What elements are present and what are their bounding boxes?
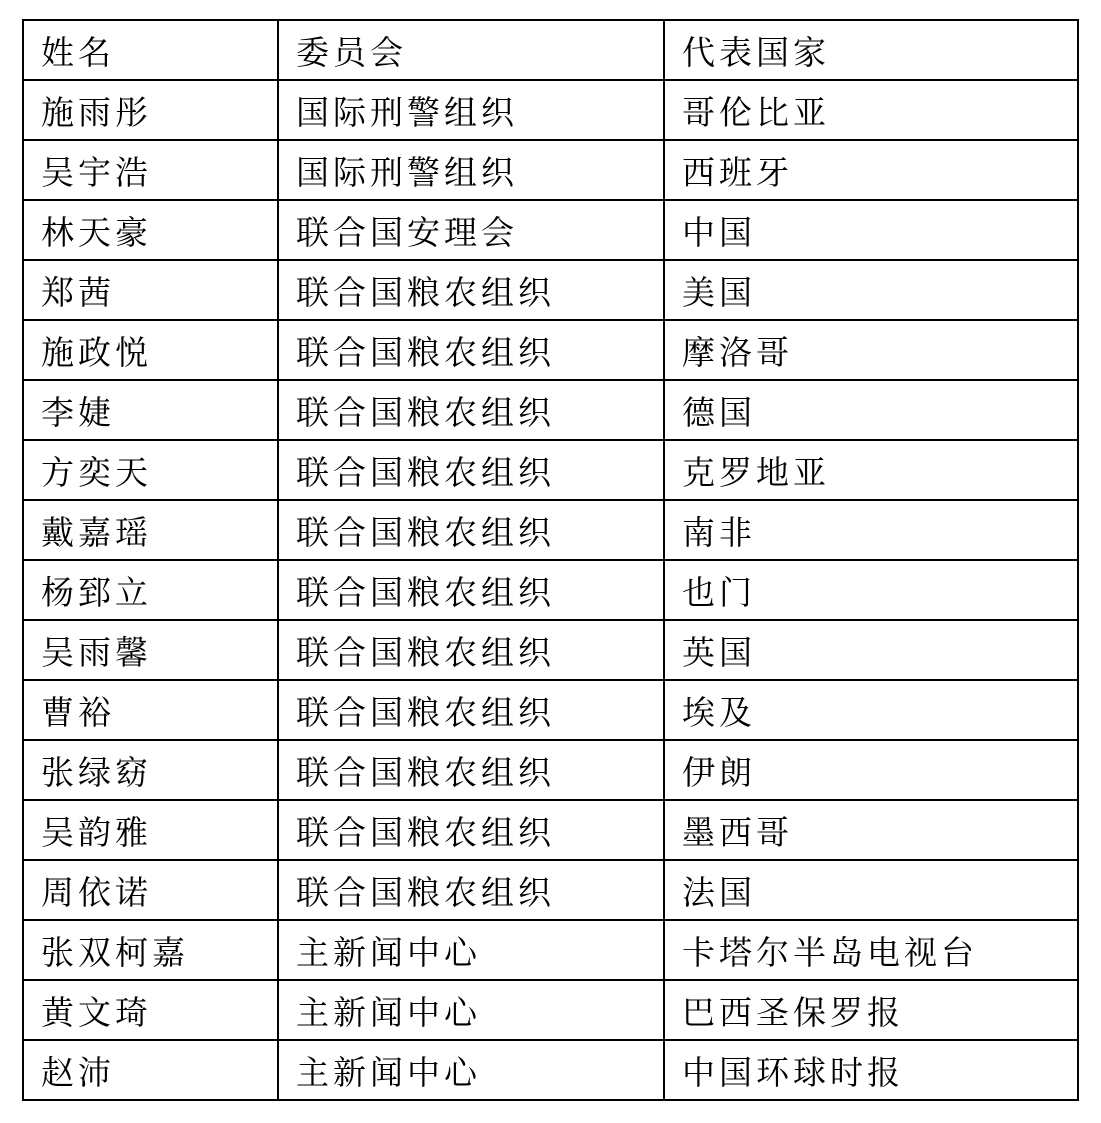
table-cell-country: 中国环球时报 [664,1040,1078,1100]
table-cell-country: 卡塔尔半岛电视台 [664,920,1078,980]
table-cell-name: 吴雨馨 [23,620,278,680]
table-row: 戴嘉瑶联合国粮农组织南非 [23,500,1078,560]
table-cell-country: 克罗地亚 [664,440,1078,500]
table-cell-committee: 主新闻中心 [278,980,664,1040]
table-cell-name: 李婕 [23,380,278,440]
table-cell-committee: 联合国粮农组织 [278,800,664,860]
table-cell-name: 方奕天 [23,440,278,500]
table-row: 杨郅立联合国粮农组织也门 [23,560,1078,620]
table-cell-name: 周依诺 [23,860,278,920]
table-row: 黄文琦主新闻中心巴西圣保罗报 [23,980,1078,1040]
table-cell-name: 曹裕 [23,680,278,740]
table-cell-name: 吴韵雅 [23,800,278,860]
table-cell-committee: 联合国粮农组织 [278,860,664,920]
table-cell-committee: 联合国粮农组织 [278,620,664,680]
column-header-country: 代表国家 [664,20,1078,80]
table-body: 施雨彤国际刑警组织哥伦比亚吴宇浩国际刑警组织西班牙林天豪联合国安理会中国郑茜联合… [23,80,1078,1100]
table-cell-committee: 联合国粮农组织 [278,740,664,800]
table-row: 吴韵雅联合国粮农组织墨西哥 [23,800,1078,860]
table-cell-name: 赵沛 [23,1040,278,1100]
delegates-table: 姓名 委员会 代表国家 施雨彤国际刑警组织哥伦比亚吴宇浩国际刑警组织西班牙林天豪… [22,19,1079,1101]
table-cell-name: 施政悦 [23,320,278,380]
table-cell-committee: 联合国粮农组织 [278,320,664,380]
table-cell-name: 张双柯嘉 [23,920,278,980]
table-row: 施雨彤国际刑警组织哥伦比亚 [23,80,1078,140]
table-cell-committee: 联合国安理会 [278,200,664,260]
table-row: 李婕联合国粮农组织德国 [23,380,1078,440]
table-cell-name: 郑茜 [23,260,278,320]
table-cell-committee: 联合国粮农组织 [278,500,664,560]
table-cell-name: 戴嘉瑶 [23,500,278,560]
table-row: 张绿窈联合国粮农组织伊朗 [23,740,1078,800]
table-cell-country: 哥伦比亚 [664,80,1078,140]
table-cell-committee: 主新闻中心 [278,1040,664,1100]
column-header-name: 姓名 [23,20,278,80]
table-cell-country: 巴西圣保罗报 [664,980,1078,1040]
table-row: 赵沛主新闻中心中国环球时报 [23,1040,1078,1100]
table-cell-committee: 联合国粮农组织 [278,680,664,740]
table-cell-country: 西班牙 [664,140,1078,200]
header-row: 姓名 委员会 代表国家 [23,20,1078,80]
table-cell-committee: 国际刑警组织 [278,140,664,200]
table-row: 方奕天联合国粮农组织克罗地亚 [23,440,1078,500]
table-cell-committee: 联合国粮农组织 [278,380,664,440]
table-cell-country: 德国 [664,380,1078,440]
table-cell-committee: 联合国粮农组织 [278,440,664,500]
table-cell-country: 中国 [664,200,1078,260]
table-cell-country: 南非 [664,500,1078,560]
table-row: 曹裕联合国粮农组织埃及 [23,680,1078,740]
table-cell-name: 施雨彤 [23,80,278,140]
column-header-committee: 委员会 [278,20,664,80]
table-cell-country: 英国 [664,620,1078,680]
table-cell-name: 杨郅立 [23,560,278,620]
table-row: 周依诺联合国粮农组织法国 [23,860,1078,920]
table-cell-committee: 国际刑警组织 [278,80,664,140]
table-row: 林天豪联合国安理会中国 [23,200,1078,260]
table-row: 吴雨馨联合国粮农组织英国 [23,620,1078,680]
table-cell-committee: 主新闻中心 [278,920,664,980]
table-row: 郑茜联合国粮农组织美国 [23,260,1078,320]
table-cell-name: 吴宇浩 [23,140,278,200]
table-cell-name: 林天豪 [23,200,278,260]
table-cell-country: 摩洛哥 [664,320,1078,380]
table-cell-country: 也门 [664,560,1078,620]
table-cell-committee: 联合国粮农组织 [278,260,664,320]
table-row: 吴宇浩国际刑警组织西班牙 [23,140,1078,200]
table-row: 施政悦联合国粮农组织摩洛哥 [23,320,1078,380]
table-row: 张双柯嘉主新闻中心卡塔尔半岛电视台 [23,920,1078,980]
table-cell-country: 法国 [664,860,1078,920]
table-cell-committee: 联合国粮农组织 [278,560,664,620]
table-cell-country: 伊朗 [664,740,1078,800]
table-cell-country: 埃及 [664,680,1078,740]
table-cell-country: 美国 [664,260,1078,320]
table-cell-name: 张绿窈 [23,740,278,800]
table-cell-country: 墨西哥 [664,800,1078,860]
table-cell-name: 黄文琦 [23,980,278,1040]
